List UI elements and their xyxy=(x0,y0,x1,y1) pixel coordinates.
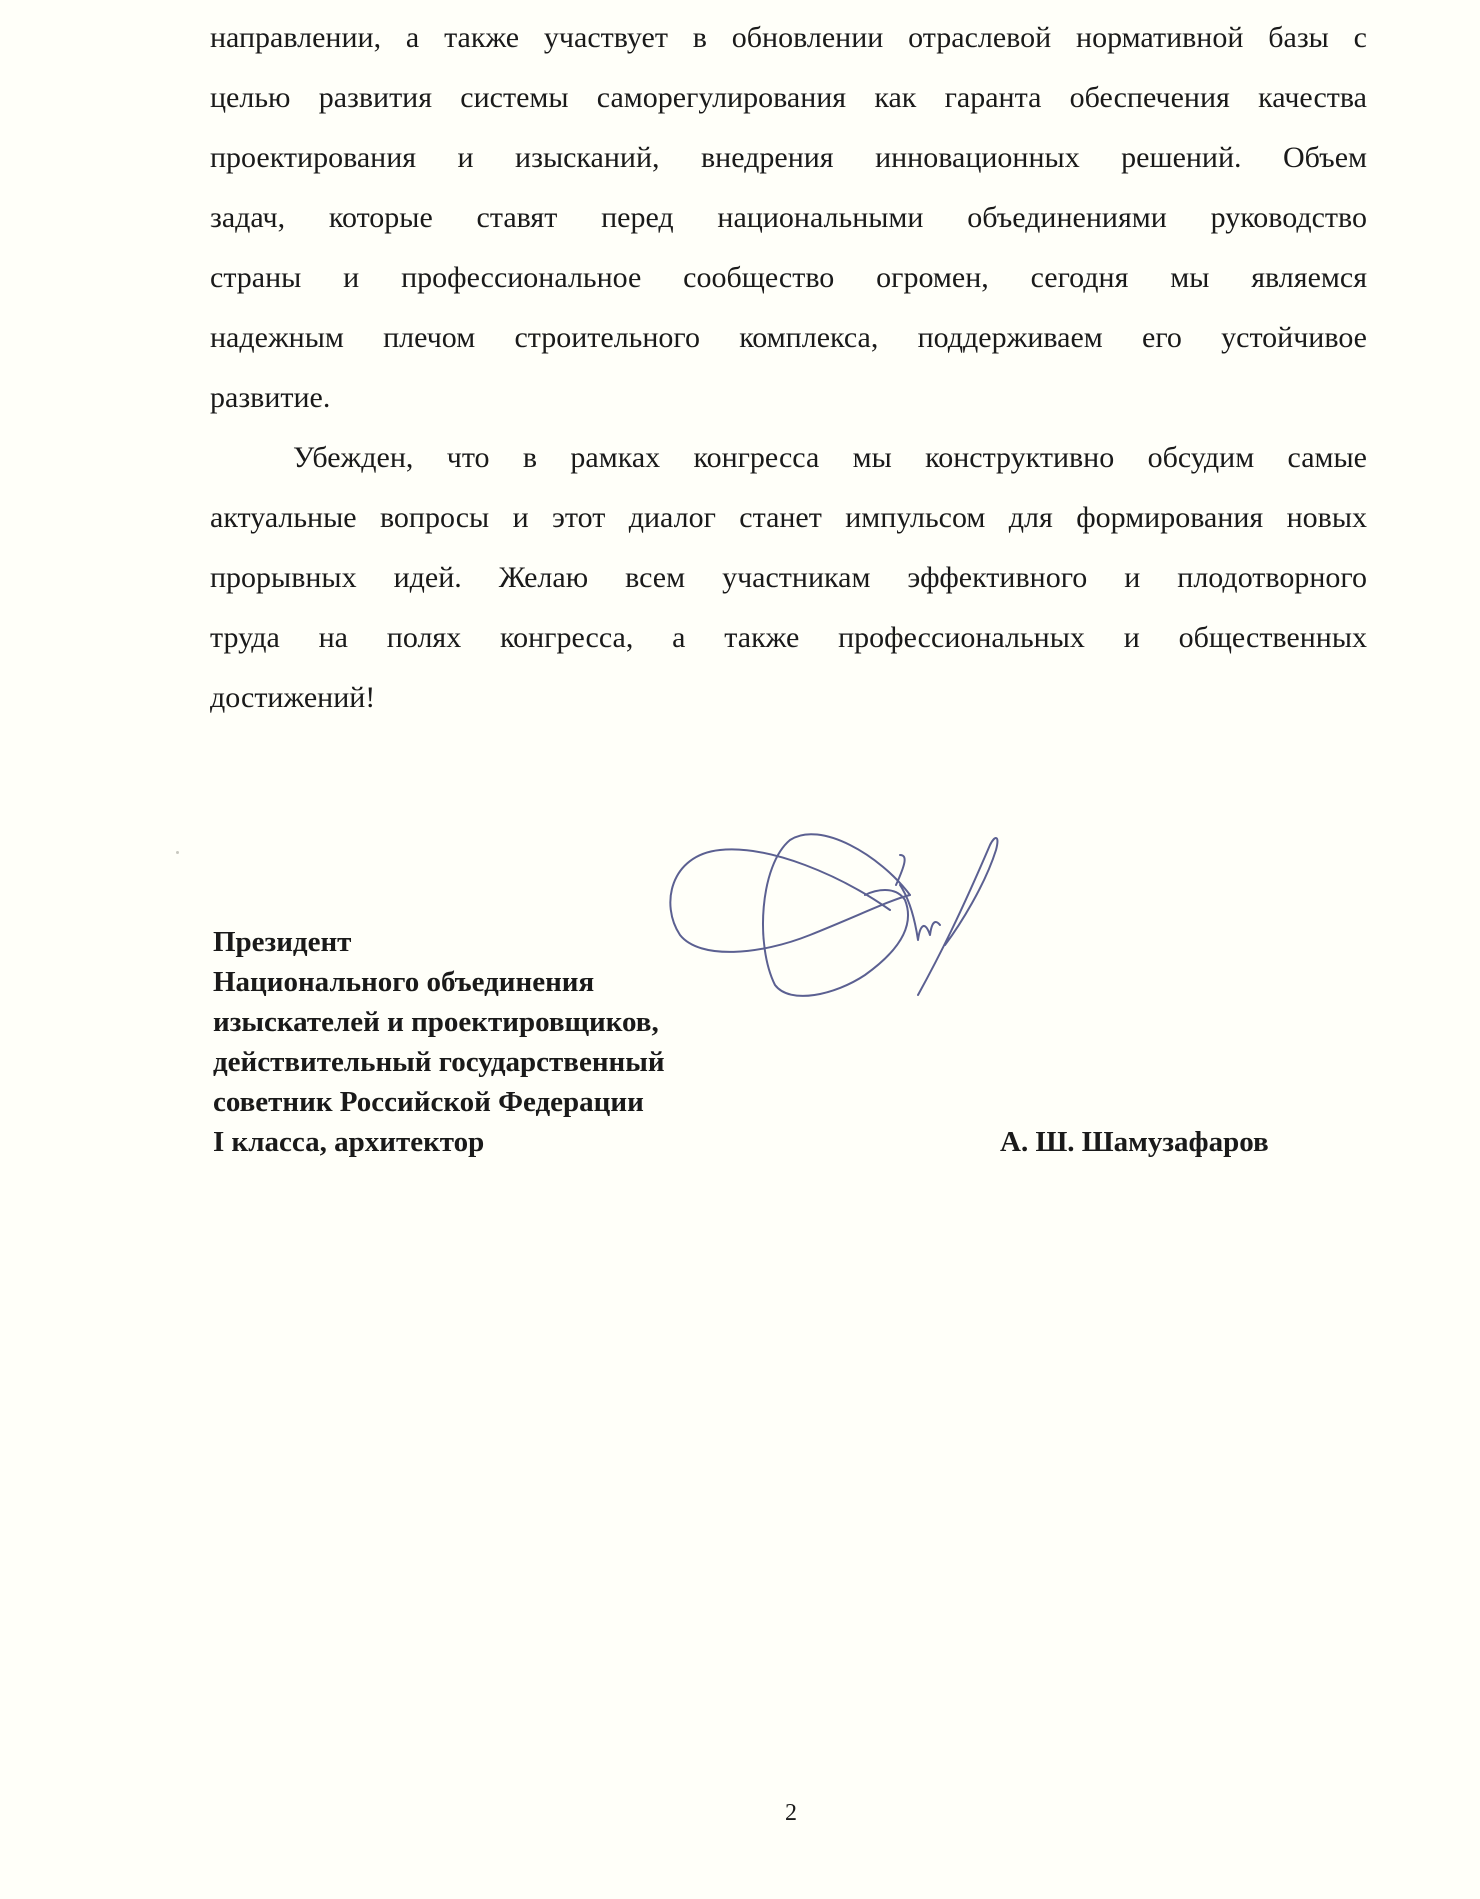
scan-speck xyxy=(176,851,179,854)
text-line: Убежден, что в рамках конгресса мы конст… xyxy=(210,428,1367,488)
text-line: труда на полях конгресса, а также профес… xyxy=(210,608,1367,668)
title-line: I класса, архитектор xyxy=(213,1122,665,1162)
letter-body: направлении, а также участвует в обновле… xyxy=(210,8,1367,728)
text-line: задач, которые ставят перед национальным… xyxy=(210,188,1367,248)
document-page: направлении, а также участвует в обновле… xyxy=(0,0,1480,1899)
text-line: достижений! xyxy=(210,668,1367,728)
text-line: направлении, а также участвует в обновле… xyxy=(210,8,1367,68)
text-line: прорывных идей. Желаю всем участникам эф… xyxy=(210,548,1367,608)
title-line: изыскателей и проектировщиков, xyxy=(213,1002,665,1042)
signer-name: А. Ш. Шамузафаров xyxy=(1000,1122,1269,1162)
text-line: проектирования и изысканий, внедрения ин… xyxy=(210,128,1367,188)
text-line: развитие. xyxy=(210,368,1367,428)
text-line: актуальные вопросы и этот диалог станет … xyxy=(210,488,1367,548)
handwritten-signature-icon xyxy=(660,825,1040,1015)
title-line: советник Российской Федерации xyxy=(213,1082,665,1122)
text-line: надежным плечом строительного комплекса,… xyxy=(210,308,1367,368)
paragraph-2: Убежден, что в рамках конгресса мы конст… xyxy=(210,428,1367,728)
signer-title: Президент Национального объединения изыс… xyxy=(213,922,665,1162)
title-line: действительный государственный xyxy=(213,1042,665,1082)
title-line: Президент xyxy=(213,922,665,962)
page-number: 2 xyxy=(785,1800,797,1827)
text-line: целью развития системы саморегулирования… xyxy=(210,68,1367,128)
text-line: страны и профессиональное сообщество огр… xyxy=(210,248,1367,308)
paragraph-1: направлении, а также участвует в обновле… xyxy=(210,8,1367,428)
title-line: Национального объединения xyxy=(213,962,665,1002)
